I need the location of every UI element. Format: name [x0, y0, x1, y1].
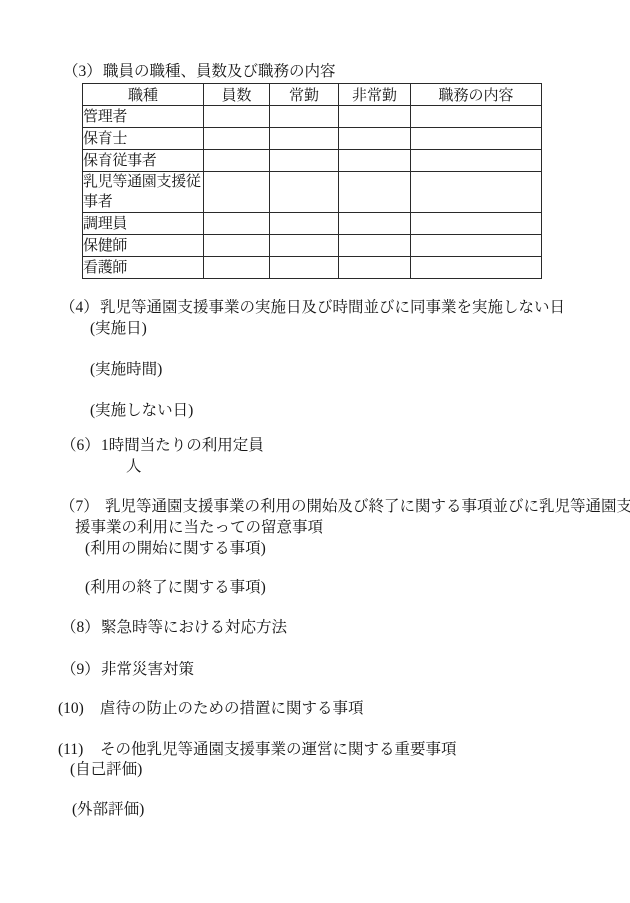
- section-4-number: （4）: [60, 298, 100, 318]
- label-non-implementation-days: (実施しない日): [90, 401, 193, 421]
- row-label-cell: 看護師: [83, 257, 204, 279]
- row-label-cell: 管理者: [83, 106, 204, 128]
- empty-cell: [411, 128, 542, 150]
- empty-cell: [270, 128, 339, 150]
- section-7: （7）乳児等通園支援事業の利用の開始及び終了に関する事項並びに乳児等通園支: [60, 497, 630, 517]
- empty-cell: [270, 150, 339, 172]
- table-row: 保健師: [83, 235, 542, 257]
- section-6: （6）1時間当たりの利用定員: [61, 436, 264, 456]
- section-7-title-line2: 援事業の利用に当たっての留意事項: [75, 518, 323, 538]
- section-6-title: 1時間当たりの利用定員: [101, 437, 264, 454]
- label-usage-start-matters: (利用の開始に関する事項): [85, 539, 266, 559]
- label-usage-end-matters: (利用の終了に関する事項): [85, 578, 266, 598]
- section-11-title: その他乳児等通園支援事業の運営に関する重要事項: [100, 741, 457, 758]
- section-3-number: （3）: [63, 62, 103, 82]
- empty-cell: [339, 257, 411, 279]
- empty-cell: [339, 213, 411, 235]
- section-8-number: （8）: [61, 618, 101, 638]
- row-label-cell: 乳児等通園支援従 事者: [83, 172, 204, 213]
- empty-cell: [411, 172, 542, 213]
- section-4: （4）乳児等通園支援事業の実施日及び時間並びに同事業を実施しない日: [60, 298, 565, 318]
- section-11: (11)その他乳児等通園支援事業の運営に関する重要事項: [58, 740, 457, 760]
- section-11-number: (11): [58, 740, 100, 760]
- table-header-row: 職種 員数 常勤 非常勤 職務の内容: [83, 84, 542, 106]
- empty-cell: [204, 235, 270, 257]
- empty-cell: [411, 235, 542, 257]
- section-8: （8）緊急時等における対応方法: [61, 618, 287, 638]
- empty-cell: [204, 213, 270, 235]
- table-row: 乳児等通園支援従 事者: [83, 172, 542, 213]
- row-label-cell: 調理員: [83, 213, 204, 235]
- table-row: 調理員: [83, 213, 542, 235]
- empty-cell: [339, 128, 411, 150]
- label-external-evaluation: (外部評価): [72, 800, 144, 820]
- table-row: 保育士: [83, 128, 542, 150]
- document-page: （3）職員の職種、員数及び職務の内容 職種 員数 常勤 非常勤 職務の内容 管理…: [0, 0, 630, 903]
- header-cell-fulltime: 常勤: [270, 84, 339, 106]
- empty-cell: [270, 106, 339, 128]
- staff-table: 職種 員数 常勤 非常勤 職務の内容 管理者 保育士 保育従事者 乳児等通園支援…: [82, 83, 542, 279]
- label-implementation-hours: (実施時間): [90, 360, 162, 380]
- section-3: （3）職員の職種、員数及び職務の内容: [63, 62, 336, 82]
- row-label-cell: 保育従事者: [83, 150, 204, 172]
- section-6-number: （6）: [61, 436, 101, 456]
- section-10-title: 虐待の防止のための措置に関する事項: [100, 700, 364, 717]
- section-4-title: 乳児等通園支援事業の実施日及び時間並びに同事業を実施しない日: [100, 299, 565, 316]
- empty-cell: [339, 235, 411, 257]
- empty-cell: [204, 172, 270, 213]
- section-3-title: 職員の職種、員数及び職務の内容: [103, 63, 336, 80]
- empty-cell: [339, 172, 411, 213]
- empty-cell: [411, 106, 542, 128]
- section-9-number: （9）: [61, 660, 101, 680]
- empty-cell: [411, 150, 542, 172]
- row-label-cell: 保健師: [83, 235, 204, 257]
- row-label-cell: 保育士: [83, 128, 204, 150]
- empty-cell: [270, 235, 339, 257]
- header-cell-job-description: 職務の内容: [411, 84, 542, 106]
- section-10-number: (10): [58, 699, 100, 719]
- section-7-number: （7）: [60, 497, 105, 517]
- header-cell-job-type: 職種: [83, 84, 204, 106]
- table-row: 保育従事者: [83, 150, 542, 172]
- empty-cell: [204, 150, 270, 172]
- section-8-title: 緊急時等における対応方法: [101, 619, 287, 636]
- header-cell-headcount: 員数: [204, 84, 270, 106]
- empty-cell: [411, 213, 542, 235]
- empty-cell: [270, 172, 339, 213]
- table-row: 管理者: [83, 106, 542, 128]
- capacity-unit-label: 人: [126, 457, 142, 477]
- section-9-title: 非常災害対策: [101, 661, 194, 678]
- section-10: (10)虐待の防止のための措置に関する事項: [58, 699, 364, 719]
- empty-cell: [270, 257, 339, 279]
- section-9: （9）非常災害対策: [61, 660, 194, 680]
- empty-cell: [411, 257, 542, 279]
- table-row: 看護師: [83, 257, 542, 279]
- empty-cell: [204, 128, 270, 150]
- label-self-evaluation: (自己評価): [70, 760, 142, 780]
- empty-cell: [204, 106, 270, 128]
- empty-cell: [339, 150, 411, 172]
- section-7-title-line1: 乳児等通園支援事業の利用の開始及び終了に関する事項並びに乳児等通園支: [105, 498, 630, 515]
- empty-cell: [270, 213, 339, 235]
- empty-cell: [339, 106, 411, 128]
- header-cell-parttime: 非常勤: [339, 84, 411, 106]
- empty-cell: [204, 257, 270, 279]
- label-implementation-date: (実施日): [90, 319, 147, 339]
